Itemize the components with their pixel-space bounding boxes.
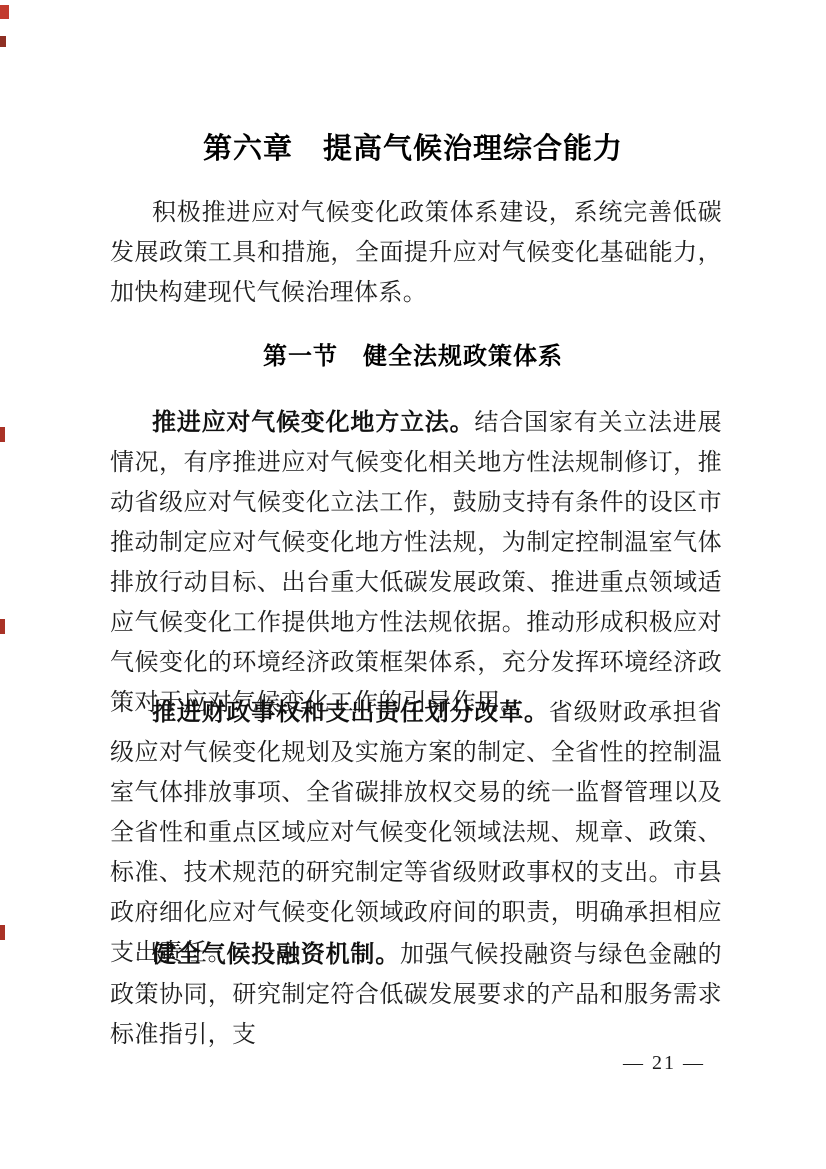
paragraph-text: 结合国家有关立法进展情况，有序推进应对气候变化相关地方性法规制修订，推动省级应对… bbox=[110, 410, 722, 716]
paragraph-lead: 健全气候投融资机制。 bbox=[152, 942, 400, 968]
paragraph-lead: 推进财政事权和支出责任划分改革。 bbox=[152, 700, 549, 726]
body-paragraph: 推进应对气候变化地方立法。结合国家有关立法进展情况，有序推进应对气候变化相关地方… bbox=[110, 403, 722, 723]
paragraph-text: 省级财政承担省级应对气候变化规划及实施方案的制定、全省性的控制温室气体排放事项、… bbox=[110, 700, 722, 966]
margin-artifact-mark bbox=[0, 427, 5, 442]
page-number: — 21 — bbox=[623, 1049, 705, 1077]
chapter-title: 第六章 提高气候治理综合能力 bbox=[0, 130, 826, 168]
paragraph-lead: 推进应对气候变化地方立法。 bbox=[152, 410, 474, 436]
document-page: 第六章 提高气候治理综合能力 积极推进应对气候变化政策体系建设，系统完善低碳发展… bbox=[0, 0, 826, 1169]
margin-artifact-mark bbox=[0, 619, 5, 634]
margin-artifact-mark bbox=[0, 925, 5, 940]
margin-artifact-mark bbox=[0, 36, 6, 47]
body-paragraph: 健全气候投融资机制。加强气候投融资与绿色金融的政策协同，研究制定符合低碳发展要求… bbox=[110, 935, 722, 1055]
margin-artifact-mark bbox=[0, 5, 9, 19]
intro-paragraph: 积极推进应对气候变化政策体系建设，系统完善低碳发展政策工具和措施，全面提升应对气… bbox=[110, 193, 722, 313]
body-paragraph: 推进财政事权和支出责任划分改革。省级财政承担省级应对气候变化规划及实施方案的制定… bbox=[110, 693, 722, 973]
paragraph-text: 积极推进应对气候变化政策体系建设，系统完善低碳发展政策工具和措施，全面提升应对气… bbox=[110, 200, 722, 306]
section-heading: 第一节 健全法规政策体系 bbox=[0, 340, 826, 374]
